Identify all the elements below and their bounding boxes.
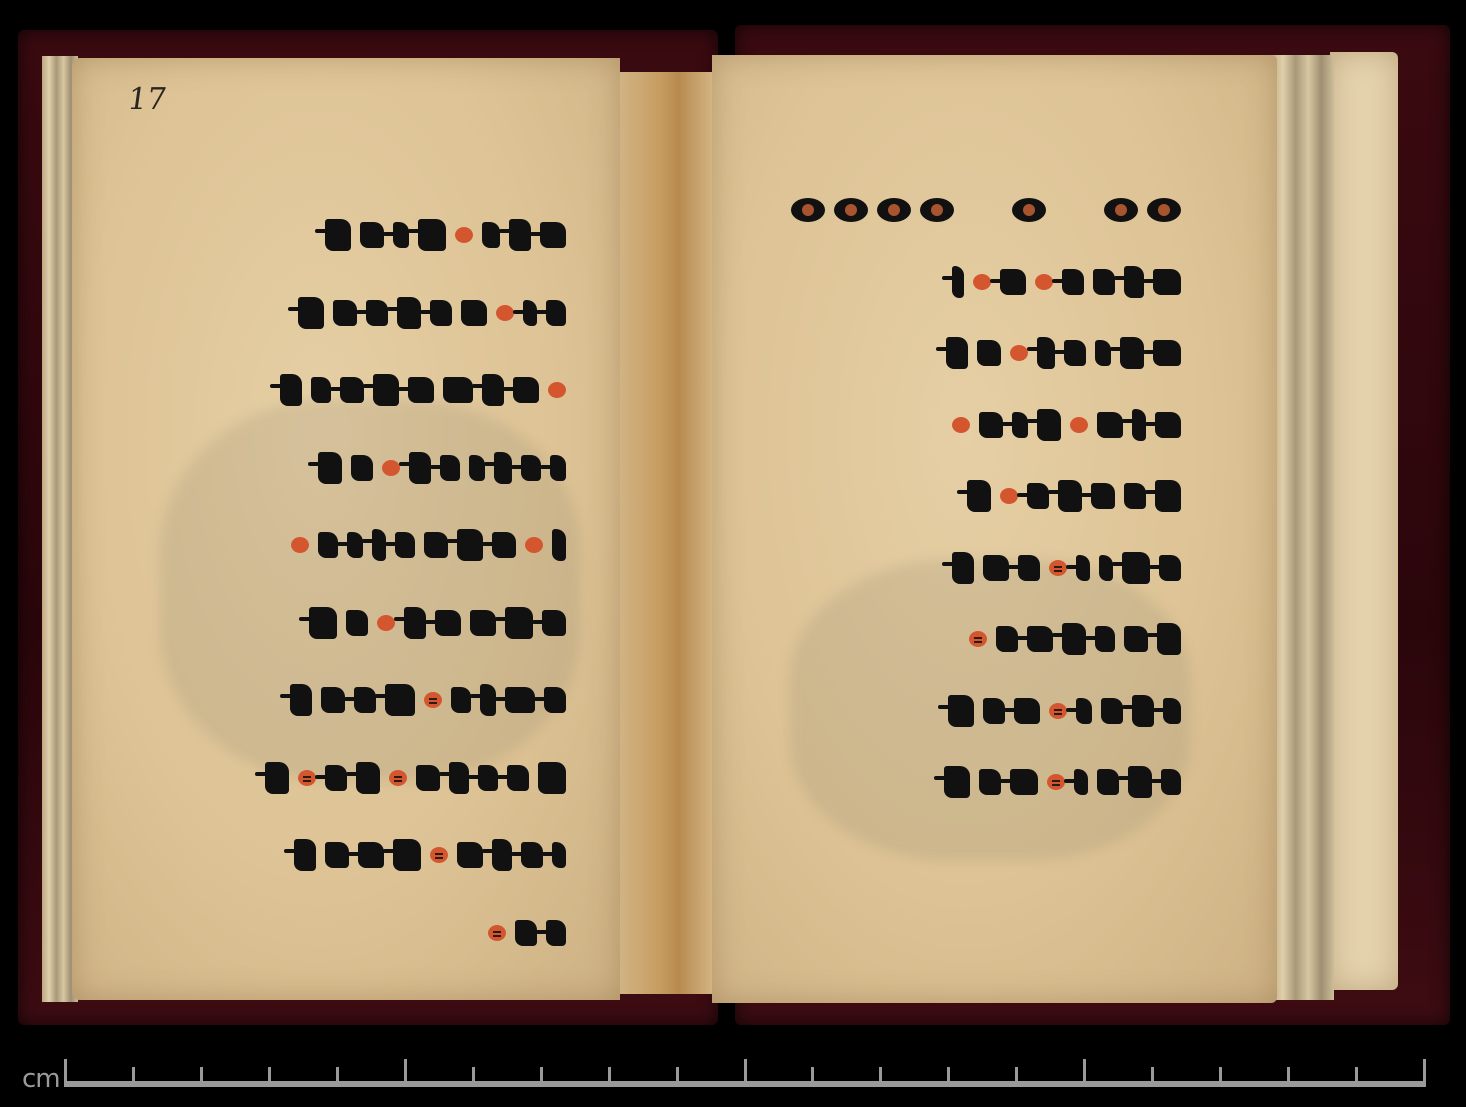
- script-line: [948, 691, 1181, 731]
- scale-minor-tick: [200, 1067, 203, 1081]
- script-glyph: [544, 687, 566, 713]
- script-glyph: [311, 377, 331, 403]
- script-glyph: [325, 765, 347, 791]
- script-glyph: [1095, 626, 1115, 652]
- script-glyph: [397, 297, 421, 329]
- scale-minor-tick: [1219, 1067, 1222, 1081]
- script-glyph: [948, 695, 974, 727]
- script-line: [290, 680, 566, 720]
- script-glyph: [416, 765, 440, 791]
- script-glyph: [318, 452, 342, 484]
- script-line: [952, 262, 1181, 302]
- script-glyph: [1062, 269, 1084, 295]
- script-line: [944, 762, 1181, 802]
- script-glyph: [513, 377, 539, 403]
- ornamental-ring: [1104, 198, 1138, 222]
- script-glyph: [1027, 626, 1053, 652]
- script-line: [969, 619, 1181, 659]
- red-punctuation-dot: [377, 615, 395, 631]
- folio-number: 17: [126, 82, 169, 117]
- script-glyph: [347, 532, 363, 558]
- script-line: [946, 333, 1181, 373]
- script-line: [280, 370, 566, 410]
- scale-minor-tick: [947, 1067, 950, 1081]
- ornamental-ring: [920, 198, 954, 222]
- scale-unit-label: cm: [22, 1064, 60, 1094]
- red-punctuation-dot: [1070, 417, 1088, 433]
- script-glyph: [449, 762, 469, 794]
- script-glyph: [1124, 266, 1144, 298]
- scale-major-tick: [744, 1059, 747, 1081]
- script-glyph: [1064, 340, 1086, 366]
- red-punctuation-dot: [525, 537, 543, 553]
- script-glyph: [546, 300, 566, 326]
- script-glyph: [395, 532, 415, 558]
- red-punctuation-dot: [1010, 345, 1028, 361]
- red-punctuation-dot: [548, 382, 566, 398]
- centimetre-scale-bar: [64, 1061, 1426, 1087]
- ornamental-ring: [834, 198, 868, 222]
- script-glyph: [492, 532, 516, 558]
- scale-minor-tick: [132, 1067, 135, 1081]
- script-glyph: [944, 766, 970, 798]
- script-line: [488, 913, 566, 953]
- ornamental-ring: [791, 198, 825, 222]
- script-glyph: [393, 222, 409, 248]
- scale-minor-tick: [268, 1067, 271, 1081]
- script-glyph: [373, 374, 399, 406]
- red-word-separator: [389, 770, 407, 786]
- script-line: [952, 548, 1181, 588]
- script-glyph: [333, 300, 357, 326]
- script-glyph: [1012, 412, 1028, 438]
- script-glyph: [451, 687, 471, 713]
- right-page-flyleaf: [1330, 52, 1398, 990]
- script-glyph: [1124, 626, 1148, 652]
- script-glyph: [1058, 480, 1082, 512]
- script-glyph: [1097, 769, 1119, 795]
- script-glyph: [408, 377, 434, 403]
- script-glyph: [325, 842, 349, 868]
- script-glyph: [435, 610, 461, 636]
- scale-major-tick: [64, 1059, 67, 1081]
- ornamental-ring: [1147, 198, 1181, 222]
- script-glyph: [443, 377, 473, 403]
- script-glyph: [372, 529, 386, 561]
- ornamental-ring: [1012, 198, 1046, 222]
- red-word-separator: [488, 925, 506, 941]
- script-glyph: [424, 532, 448, 558]
- script-glyph: [1074, 769, 1088, 795]
- script-glyph: [1101, 698, 1123, 724]
- red-word-separator: [424, 692, 442, 708]
- red-punctuation-dot: [382, 460, 400, 476]
- script-glyph: [346, 610, 368, 636]
- script-glyph: [538, 762, 566, 794]
- scale-minor-tick: [472, 1067, 475, 1081]
- red-punctuation-dot: [973, 274, 991, 290]
- script-glyph: [550, 455, 566, 481]
- red-punctuation-dot: [291, 537, 309, 553]
- script-glyph: [457, 842, 483, 868]
- scale-major-tick: [1423, 1059, 1426, 1081]
- scale-minor-tick: [336, 1067, 339, 1081]
- script-glyph: [540, 222, 566, 248]
- script-glyph: [1161, 769, 1181, 795]
- script-glyph: [478, 765, 498, 791]
- script-glyph: [546, 920, 566, 946]
- script-glyph: [1153, 269, 1181, 295]
- script-glyph: [494, 452, 512, 484]
- script-glyph: [946, 337, 968, 369]
- script-glyph: [366, 300, 388, 326]
- script-glyph: [385, 684, 415, 716]
- script-glyph: [1155, 480, 1181, 512]
- script-line: [791, 190, 1181, 230]
- script-glyph: [1014, 698, 1040, 724]
- script-glyph: [1097, 412, 1123, 438]
- script-glyph: [469, 455, 485, 481]
- script-glyph: [321, 687, 345, 713]
- script-glyph: [515, 920, 537, 946]
- red-word-separator: [1047, 774, 1065, 790]
- script-glyph: [979, 769, 1001, 795]
- script-glyph: [360, 222, 384, 248]
- script-glyph: [1132, 695, 1154, 727]
- scale-minor-tick: [1151, 1067, 1154, 1081]
- script-glyph: [1163, 698, 1181, 724]
- book-gutter: [620, 72, 718, 994]
- scale-baseline: [64, 1081, 1426, 1087]
- ornamental-ring: [877, 198, 911, 222]
- right-page-edges: [1270, 55, 1334, 1000]
- script-line: [318, 448, 566, 488]
- script-glyph: [318, 532, 338, 558]
- script-glyph: [507, 765, 529, 791]
- script-glyph: [1095, 340, 1111, 366]
- script-glyph: [298, 297, 324, 329]
- script-glyph: [996, 626, 1018, 652]
- script-glyph: [1155, 412, 1181, 438]
- script-glyph: [492, 839, 512, 871]
- script-glyph: [521, 455, 541, 481]
- script-glyph: [354, 687, 376, 713]
- script-glyph: [409, 452, 431, 484]
- script-glyph: [1128, 766, 1152, 798]
- script-glyph: [952, 552, 974, 584]
- script-glyph: [1000, 269, 1026, 295]
- script-glyph: [1153, 340, 1181, 366]
- script-glyph: [1018, 555, 1040, 581]
- script-glyph: [440, 455, 460, 481]
- red-word-separator: [969, 631, 987, 647]
- script-glyph: [509, 219, 531, 251]
- script-glyph: [977, 340, 1001, 366]
- script-glyph: [430, 300, 452, 326]
- scale-major-tick: [1083, 1059, 1086, 1081]
- script-glyph: [1091, 483, 1115, 509]
- script-glyph: [470, 610, 496, 636]
- script-glyph: [552, 842, 566, 868]
- script-glyph: [542, 610, 566, 636]
- script-glyph: [340, 377, 364, 403]
- script-glyph: [351, 455, 373, 481]
- script-glyph: [983, 555, 1009, 581]
- red-word-separator: [1049, 703, 1067, 719]
- script-glyph: [482, 222, 500, 248]
- script-glyph: [523, 300, 537, 326]
- scale-minor-tick: [540, 1067, 543, 1081]
- script-glyph: [983, 698, 1005, 724]
- script-glyph: [1062, 623, 1086, 655]
- scale-minor-tick: [1355, 1067, 1358, 1081]
- script-glyph: [457, 529, 483, 561]
- script-glyph: [356, 762, 380, 794]
- script-glyph: [505, 687, 535, 713]
- scale-minor-tick: [879, 1067, 882, 1081]
- script-glyph: [1122, 552, 1150, 584]
- script-glyph: [393, 839, 421, 871]
- red-punctuation-dot: [1000, 488, 1018, 504]
- scale-minor-tick: [811, 1067, 814, 1081]
- script-glyph: [482, 374, 504, 406]
- script-glyph: [505, 607, 533, 639]
- script-glyph: [1037, 337, 1055, 369]
- script-line: [298, 293, 566, 333]
- script-glyph: [404, 607, 426, 639]
- script-glyph: [1157, 623, 1181, 655]
- red-word-separator: [1049, 560, 1067, 576]
- red-word-separator: [430, 847, 448, 863]
- script-glyph: [1076, 698, 1092, 724]
- script-glyph: [1093, 269, 1115, 295]
- script-glyph: [1159, 555, 1181, 581]
- script-line: [325, 215, 566, 255]
- script-glyph: [358, 842, 384, 868]
- script-glyph: [1124, 483, 1146, 509]
- script-glyph: [967, 480, 991, 512]
- script-glyph: [952, 266, 964, 298]
- script-glyph: [1010, 769, 1038, 795]
- script-line: [291, 525, 566, 565]
- script-glyph: [521, 842, 543, 868]
- red-punctuation-dot: [496, 305, 514, 321]
- script-line: [309, 603, 566, 643]
- script-line: [952, 405, 1181, 445]
- scale-minor-tick: [1015, 1067, 1018, 1081]
- script-glyph: [309, 607, 337, 639]
- script-glyph: [294, 839, 316, 871]
- script-line: [294, 835, 566, 875]
- red-punctuation-dot: [952, 417, 970, 433]
- red-punctuation-dot: [1035, 274, 1053, 290]
- script-glyph: [325, 219, 351, 251]
- scale-minor-tick: [608, 1067, 611, 1081]
- script-glyph: [552, 529, 566, 561]
- script-line: [265, 758, 566, 798]
- script-glyph: [979, 412, 1003, 438]
- script-glyph: [280, 374, 302, 406]
- scale-minor-tick: [1287, 1067, 1290, 1081]
- script-glyph: [1120, 337, 1144, 369]
- red-punctuation-dot: [455, 227, 473, 243]
- script-glyph: [418, 219, 446, 251]
- script-glyph: [1076, 555, 1090, 581]
- script-glyph: [290, 684, 312, 716]
- script-glyph: [1099, 555, 1113, 581]
- script-glyph: [480, 684, 496, 716]
- script-line: [967, 476, 1181, 516]
- script-glyph: [265, 762, 289, 794]
- scale-major-tick: [404, 1059, 407, 1081]
- script-glyph: [1027, 483, 1049, 509]
- scale-minor-tick: [676, 1067, 679, 1081]
- red-word-separator: [298, 770, 316, 786]
- script-glyph: [461, 300, 487, 326]
- script-glyph: [1132, 409, 1146, 441]
- script-glyph: [1037, 409, 1061, 441]
